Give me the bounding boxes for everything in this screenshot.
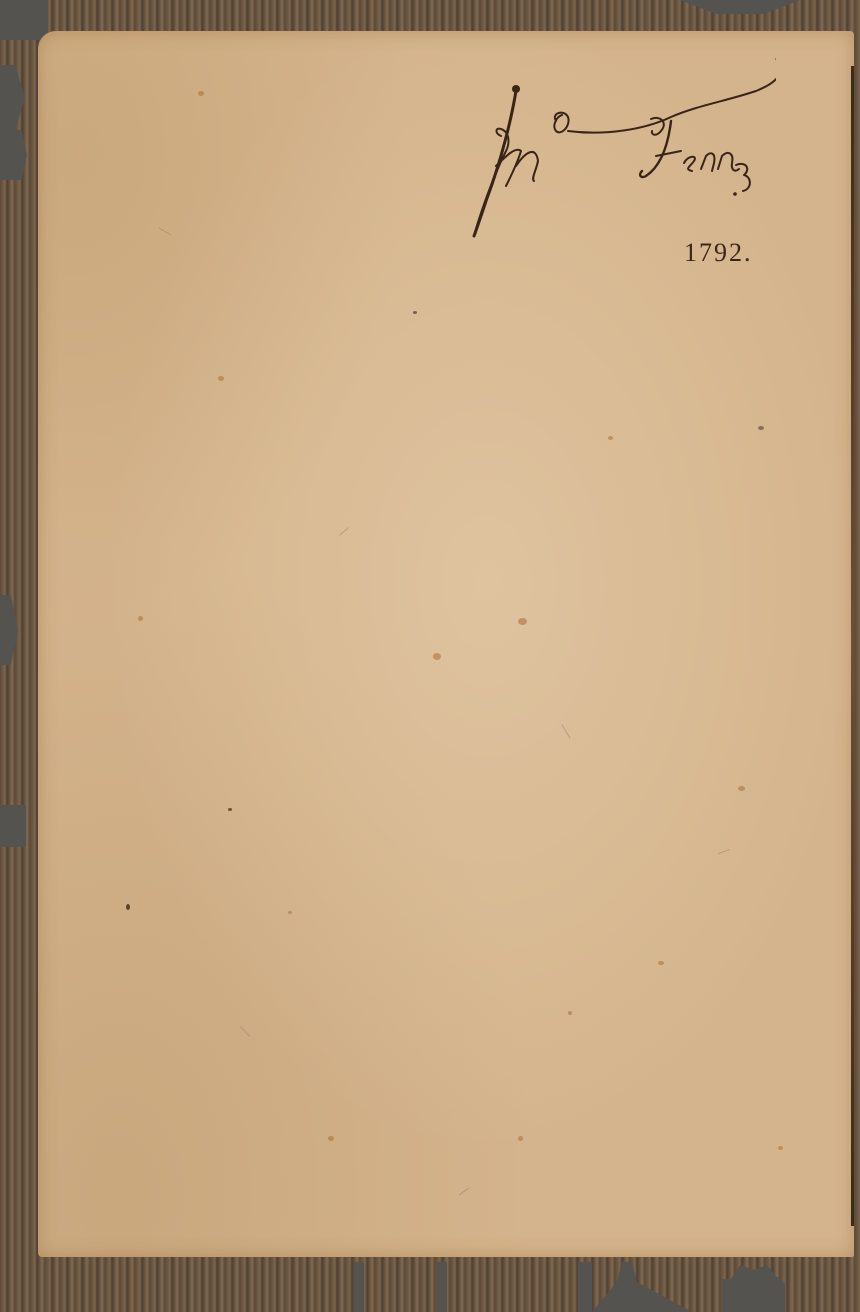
page-edge-shadow (851, 66, 854, 1226)
inscription-year: 1792. (684, 238, 753, 268)
signature-ink-icon (456, 51, 776, 261)
paper-fiber (562, 724, 571, 738)
paper-fiber (718, 849, 730, 854)
paper-fiber (159, 228, 172, 236)
background-notch (0, 595, 18, 665)
background-notch (578, 1262, 592, 1312)
paper-fiber (240, 1026, 251, 1037)
paper-speck (433, 653, 441, 660)
paper-speck (328, 1136, 334, 1141)
paper-speck (758, 426, 764, 430)
background-notch (0, 805, 26, 847)
background-notch (0, 130, 27, 180)
background-notch (722, 1265, 812, 1312)
paper-speck (288, 911, 292, 914)
paper-speck (126, 904, 130, 910)
paper-speck (778, 1146, 783, 1150)
handwritten-signature (456, 51, 776, 261)
paper-speck (138, 616, 143, 621)
paper-speck (413, 311, 417, 314)
paper-speck (658, 961, 664, 965)
paper-speck (568, 1011, 572, 1015)
background-notch (0, 0, 48, 40)
paper-speck (198, 91, 204, 96)
paper-speck (518, 618, 527, 625)
paper-speck (218, 376, 224, 381)
background-notch (592, 1262, 692, 1312)
background-notch (354, 1262, 364, 1312)
paper-speck (608, 436, 613, 440)
background-notch (680, 0, 800, 14)
paper-fiber (339, 527, 349, 535)
manuscript-page: Jno Fenn 1792. (38, 31, 854, 1257)
paper-fiber (459, 1188, 469, 1196)
background-notch (437, 1262, 447, 1312)
background-notch (0, 65, 25, 130)
paper-speck (738, 786, 745, 791)
paper-speck (228, 808, 232, 811)
paper-speck (518, 1136, 523, 1141)
